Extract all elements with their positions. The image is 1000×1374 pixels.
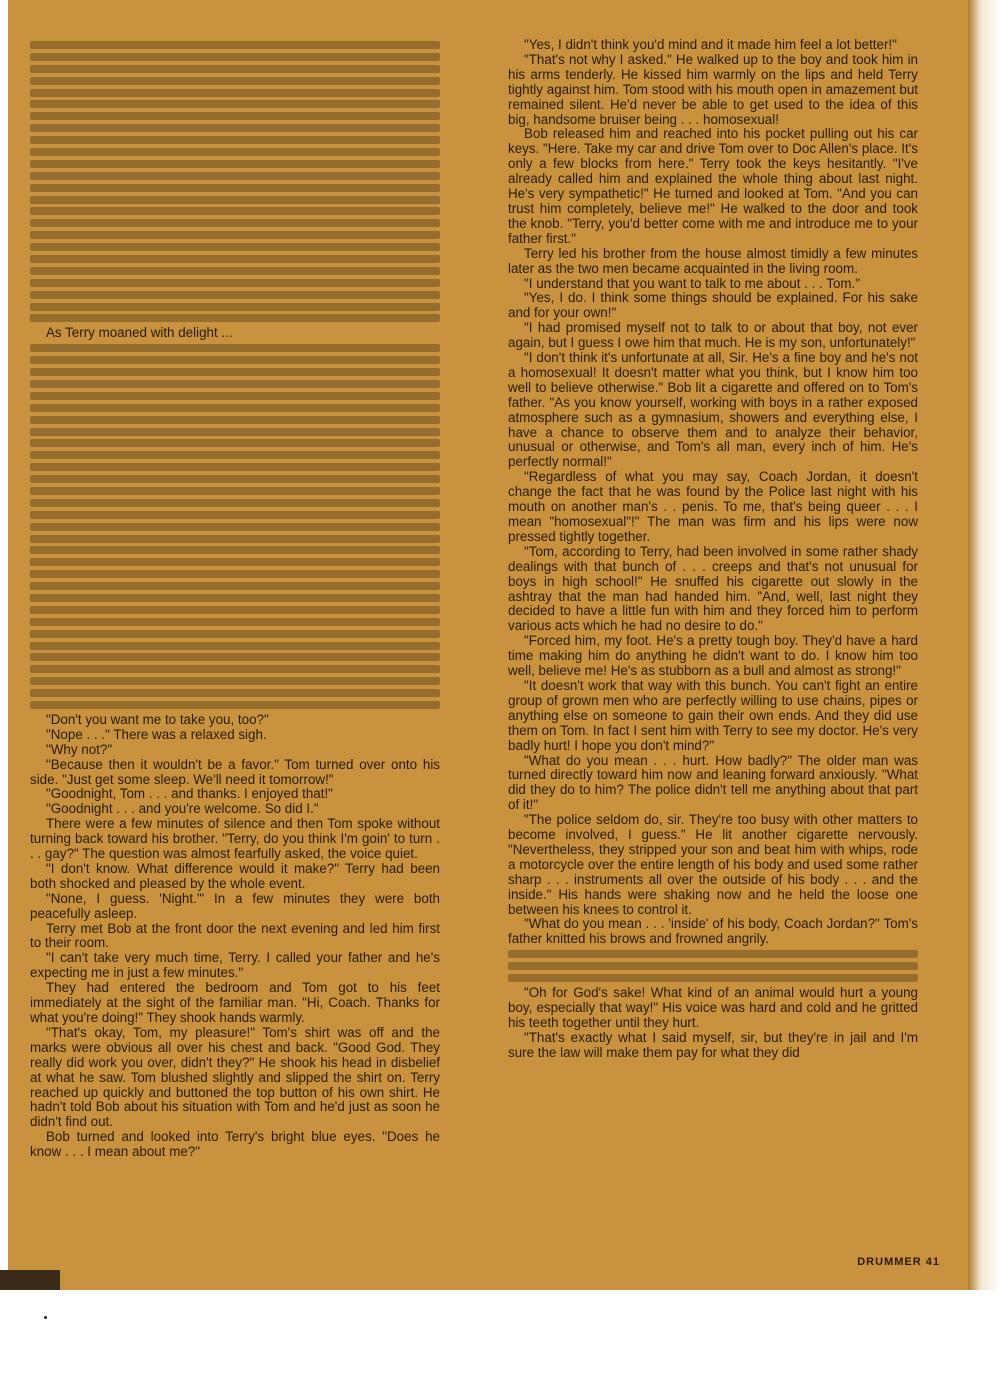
redacted-line xyxy=(30,677,440,685)
paragraph: "That's not why I asked." He walked up t… xyxy=(508,53,918,128)
paragraph: As Terry moaned with delight ... xyxy=(30,326,440,341)
redacted-line xyxy=(30,291,440,299)
redacted-line xyxy=(30,463,440,471)
paragraph: "That's okay, Tom, my pleasure!" Tom's s… xyxy=(30,1026,440,1130)
paragraph: "I don't know. What difference would it … xyxy=(30,862,440,892)
paragraph: "Forced him, my foot. He's a pretty toug… xyxy=(508,634,918,679)
redacted-line xyxy=(30,53,440,61)
redacted-line xyxy=(508,950,918,958)
redacted-line xyxy=(30,582,440,590)
redacted-line xyxy=(30,487,440,495)
paragraph: "The police seldom do, sir. They're too … xyxy=(508,813,918,917)
paragraph: "Regardless of what you may say, Coach J… xyxy=(508,470,918,545)
redacted-line xyxy=(30,535,440,543)
redacted-line xyxy=(30,380,440,388)
paragraph: "None, I guess. 'Night.'" In a few minut… xyxy=(30,892,440,922)
redacted-line xyxy=(30,303,440,311)
paragraph: "Yes, I do. I think some things should b… xyxy=(508,291,918,321)
redacted-line xyxy=(30,243,440,251)
paragraph: "Don't you want me to take you, too?" xyxy=(30,713,440,728)
paragraph: "I had promised myself not to talk to or… xyxy=(508,321,918,351)
redacted-line xyxy=(30,196,440,204)
paragraph: They had entered the bedroom and Tom got… xyxy=(30,981,440,1026)
redacted-line xyxy=(30,231,440,239)
redacted-line xyxy=(30,451,440,459)
redacted-line xyxy=(30,428,440,436)
redacted-line xyxy=(30,89,440,97)
redacted-line xyxy=(30,594,440,602)
paragraph: "Why not?" xyxy=(30,743,440,758)
redacted-line xyxy=(30,279,440,287)
redacted-line xyxy=(30,41,440,49)
redacted-line xyxy=(30,475,440,483)
paragraph: Terry led his brother from the house alm… xyxy=(508,247,918,277)
paragraph: "Tom, according to Terry, had been invol… xyxy=(508,545,918,634)
redacted-line xyxy=(30,689,440,697)
redacted-line xyxy=(508,962,918,970)
redacted-line xyxy=(30,546,440,554)
page-number: 41 xyxy=(926,1256,940,1268)
scan-speck xyxy=(44,1316,47,1319)
redacted-line xyxy=(30,392,440,400)
redacted-line xyxy=(30,642,440,650)
paragraph: "Goodnight, Tom . . . and thanks. I enjo… xyxy=(30,787,440,802)
scan-shadow xyxy=(0,1270,60,1290)
paragraph: "I understand that you want to talk to m… xyxy=(508,277,918,292)
redacted-line xyxy=(30,618,440,626)
redacted-line xyxy=(30,255,440,263)
paragraph: There were a few minutes of silence and … xyxy=(30,817,440,862)
redacted-line xyxy=(30,368,440,376)
paragraph: "I don't think it's unfortunate at all, … xyxy=(508,351,918,470)
redacted-line xyxy=(508,974,918,982)
paragraph: "Because then it wouldn't be a favor." T… xyxy=(30,758,440,788)
redacted-line xyxy=(30,100,440,108)
redacted-line xyxy=(30,570,440,578)
redacted-line xyxy=(30,558,440,566)
redacted-line xyxy=(30,124,440,132)
paragraph: "Goodnight . . . and you're welcome. So … xyxy=(30,802,440,817)
paragraph: Bob turned and looked into Terry's brigh… xyxy=(30,1130,440,1160)
left-column: As Terry moaned with delight ..."Don't y… xyxy=(30,38,440,1160)
redacted-line xyxy=(30,701,440,709)
redacted-line xyxy=(30,416,440,424)
paragraph: "That's exactly what I said myself, sir,… xyxy=(508,1031,918,1061)
redacted-line xyxy=(30,653,440,661)
redacted-line xyxy=(30,148,440,156)
paragraph: "Oh for God's sake! What kind of an anim… xyxy=(508,986,918,1031)
redacted-line xyxy=(30,665,440,673)
redacted-line xyxy=(30,77,440,85)
redacted-line xyxy=(30,630,440,638)
redacted-line xyxy=(30,439,440,447)
page-edge xyxy=(968,0,1000,1290)
redacted-line xyxy=(30,207,440,215)
redacted-line xyxy=(30,404,440,412)
redacted-line xyxy=(30,523,440,531)
redacted-line xyxy=(30,344,440,352)
paragraph: "It doesn't work that way with this bunc… xyxy=(508,679,918,754)
redacted-line xyxy=(30,172,440,180)
redacted-line xyxy=(30,356,440,364)
paragraph: "Yes, I didn't think you'd mind and it m… xyxy=(508,38,918,53)
paragraph: Bob released him and reached into his po… xyxy=(508,127,918,246)
paragraph: "What do you mean . . . hurt. How badly?… xyxy=(508,754,918,814)
redacted-line xyxy=(30,65,440,73)
paragraph: Terry met Bob at the front door the next… xyxy=(30,922,440,952)
redacted-line xyxy=(30,219,440,227)
redacted-line xyxy=(30,160,440,168)
redacted-line xyxy=(30,511,440,519)
redacted-line xyxy=(30,112,440,120)
redacted-line xyxy=(30,499,440,507)
redacted-line xyxy=(30,267,440,275)
paragraph: "What do you mean . . . 'inside' of his … xyxy=(508,917,918,947)
redacted-line xyxy=(30,606,440,614)
right-column: "Yes, I didn't think you'd mind and it m… xyxy=(508,38,918,1060)
publication-name: DRUMMER xyxy=(857,1256,921,1268)
paragraph: "Nope . . ." There was a relaxed sigh. xyxy=(30,728,440,743)
redacted-line xyxy=(30,314,440,322)
page-footer: DRUMMER 41 xyxy=(857,1256,940,1268)
paragraph: "I can't take very much time, Terry. I c… xyxy=(30,951,440,981)
redacted-line xyxy=(30,184,440,192)
redacted-line xyxy=(30,136,440,144)
